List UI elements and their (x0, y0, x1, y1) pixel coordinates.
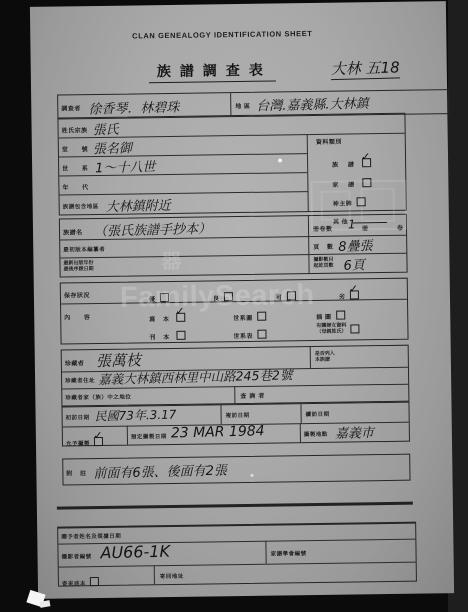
english-title: CLAN GENEALOGY IDENTIFICATION SHEET (92, 28, 352, 41)
row-edition: 最新出版年份最後序跋日期 攝影數目起訖頁數 6頁 (60, 253, 406, 277)
section-notes: 附 註 前面有6張、後面有2張 (62, 454, 410, 486)
hall-label: 堂 號 (62, 144, 94, 153)
divider (300, 404, 301, 423)
notes-value: 前面有6張、後面有2張 (93, 460, 227, 482)
section-holder: 珍藏者 張萬枝 是否列入本族譜 珍藏者住址 嘉義大林鎮西林里中山路245巷2號 … (61, 345, 410, 407)
region-value: 台灣.嘉義縣.大林鎮 (256, 93, 369, 115)
return-label: 寄回地址 (160, 572, 184, 580)
pages-value: 8疊張 (338, 235, 373, 255)
separator-line (57, 502, 413, 510)
listed-label: 是否列入本族譜 (315, 351, 335, 363)
divider (310, 347, 311, 368)
generations-label: 世 系 (62, 163, 94, 172)
divider (230, 93, 232, 116)
hall-value: 張名御 (93, 137, 132, 157)
category-header: 資料類別 (316, 137, 342, 146)
divider (234, 386, 235, 403)
filmpages-label: 攝影數目起訖頁數 (313, 257, 333, 269)
next-visit-label: 續訪日期 (306, 410, 330, 418)
divider (300, 423, 301, 442)
photographer-label: 攝影者編號 (62, 552, 92, 560)
copy-option: 寄來底本 (62, 572, 99, 591)
position-label: 珍藏者家（族）中之地位 (65, 393, 131, 402)
photographer-value: AU66-1K (100, 542, 170, 563)
book-title-label: 族譜名 (63, 227, 83, 236)
film-place-value: 嘉義市 (335, 422, 374, 442)
form-title: 族譜調查表 (149, 60, 276, 82)
ghost-stamp-artifact (310, 180, 407, 231)
surveyor-label: 調查者 (61, 103, 81, 112)
holder-value: 張萬枝 (96, 349, 142, 371)
society-label: 家譜學會編號 (270, 549, 306, 558)
holder-label: 珍藏者 (65, 358, 85, 367)
edition-label: 最新出版年份最後序跋日期 (63, 260, 93, 272)
divider (220, 405, 221, 424)
compiler-label: 最初版本編纂者 (63, 245, 105, 254)
content-label: 內 容 (64, 312, 96, 321)
region-label: 地 區 (235, 101, 250, 110)
film-blemish (40, 600, 51, 608)
dust-speck (250, 474, 253, 477)
condition-label: 保存狀況 (64, 290, 90, 299)
film-date-label: 預定攝製日期 (131, 432, 167, 441)
address-value: 嘉義大林鎮西林里中山路245巷2號 (98, 365, 293, 388)
clan-label: 姓氏宗族 (62, 125, 88, 134)
address-label: 珍藏者住址 (65, 376, 95, 384)
second-visit-label: 複訪日期 (226, 411, 250, 419)
row-filming: 允予攝製 ✓ 預定攝製日期 23 MAR 1984 攝製地點 嘉義市 (63, 422, 409, 446)
surveyor-value: 徐香琴．林碧珠 (88, 96, 179, 117)
familysearch-watermark: FamilySearch (120, 279, 315, 315)
permission-option: 允予攝製 ✓ (66, 432, 103, 451)
checkbox: ✓ (362, 158, 370, 166)
filmpages-value: 6頁 (343, 254, 365, 274)
microfilm-scan: CLAN GENEALOGY IDENTIFICATION SHEET 族譜調查… (0, 0, 468, 612)
ghost-glyph-artifact: 器 (161, 245, 181, 274)
film-note-handwriting: 大林 五18 (331, 56, 400, 80)
divider (154, 565, 155, 584)
film-place-label: 攝製地點 (304, 430, 328, 438)
first-visit-label: 初訪日期 (66, 413, 90, 421)
row-return: 寄來底本 寄回地址 (59, 562, 416, 586)
category-item-zupu: 族 譜 ✓ (332, 153, 370, 172)
divider (127, 426, 128, 445)
notes-label: 附 註 (66, 468, 89, 477)
clan-value: 張氏 (92, 119, 118, 139)
row-coverage: 族譜包含地區 大林鎮附近 (60, 191, 308, 214)
divider (265, 541, 267, 564)
donor-label: 贈予者姓名及領據日期 (61, 532, 121, 541)
section-visits: 初訪日期 民國73年.3.17 複訪日期 續訪日期 允予攝製 ✓ 預定攝製日期 … (61, 402, 410, 447)
section-office: 贈予者姓名及領據日期 攝影者編號 AU66-1K 家譜學會編號 寄來底本 寄回地… (57, 522, 417, 587)
inquirer-label: 查詢者 (240, 391, 267, 400)
pages-label: 頁 數 (313, 242, 336, 251)
film-date-value: 23 MAR 1984 (171, 423, 265, 441)
generations-value: 1～十八世 (95, 156, 156, 176)
era-label: 年 代 (62, 182, 94, 191)
coverage-value: 大林鎮附近 (105, 195, 170, 216)
form-paper: CLAN GENEALOGY IDENTIFICATION SHEET 族譜調查… (30, 1, 454, 599)
option-printed: 刊 本 (149, 326, 184, 344)
dust-speck (278, 158, 282, 162)
option-women-records: 有關婦女資料（母親姓氏） (316, 319, 359, 338)
coverage-label: 族譜包含地區 (63, 202, 99, 211)
book-title-value: （張氏族譜手抄本） (94, 218, 211, 240)
first-visit-value: 民國73年.3.17 (94, 406, 176, 425)
option-pedigree-table: 世系表 (233, 325, 265, 343)
